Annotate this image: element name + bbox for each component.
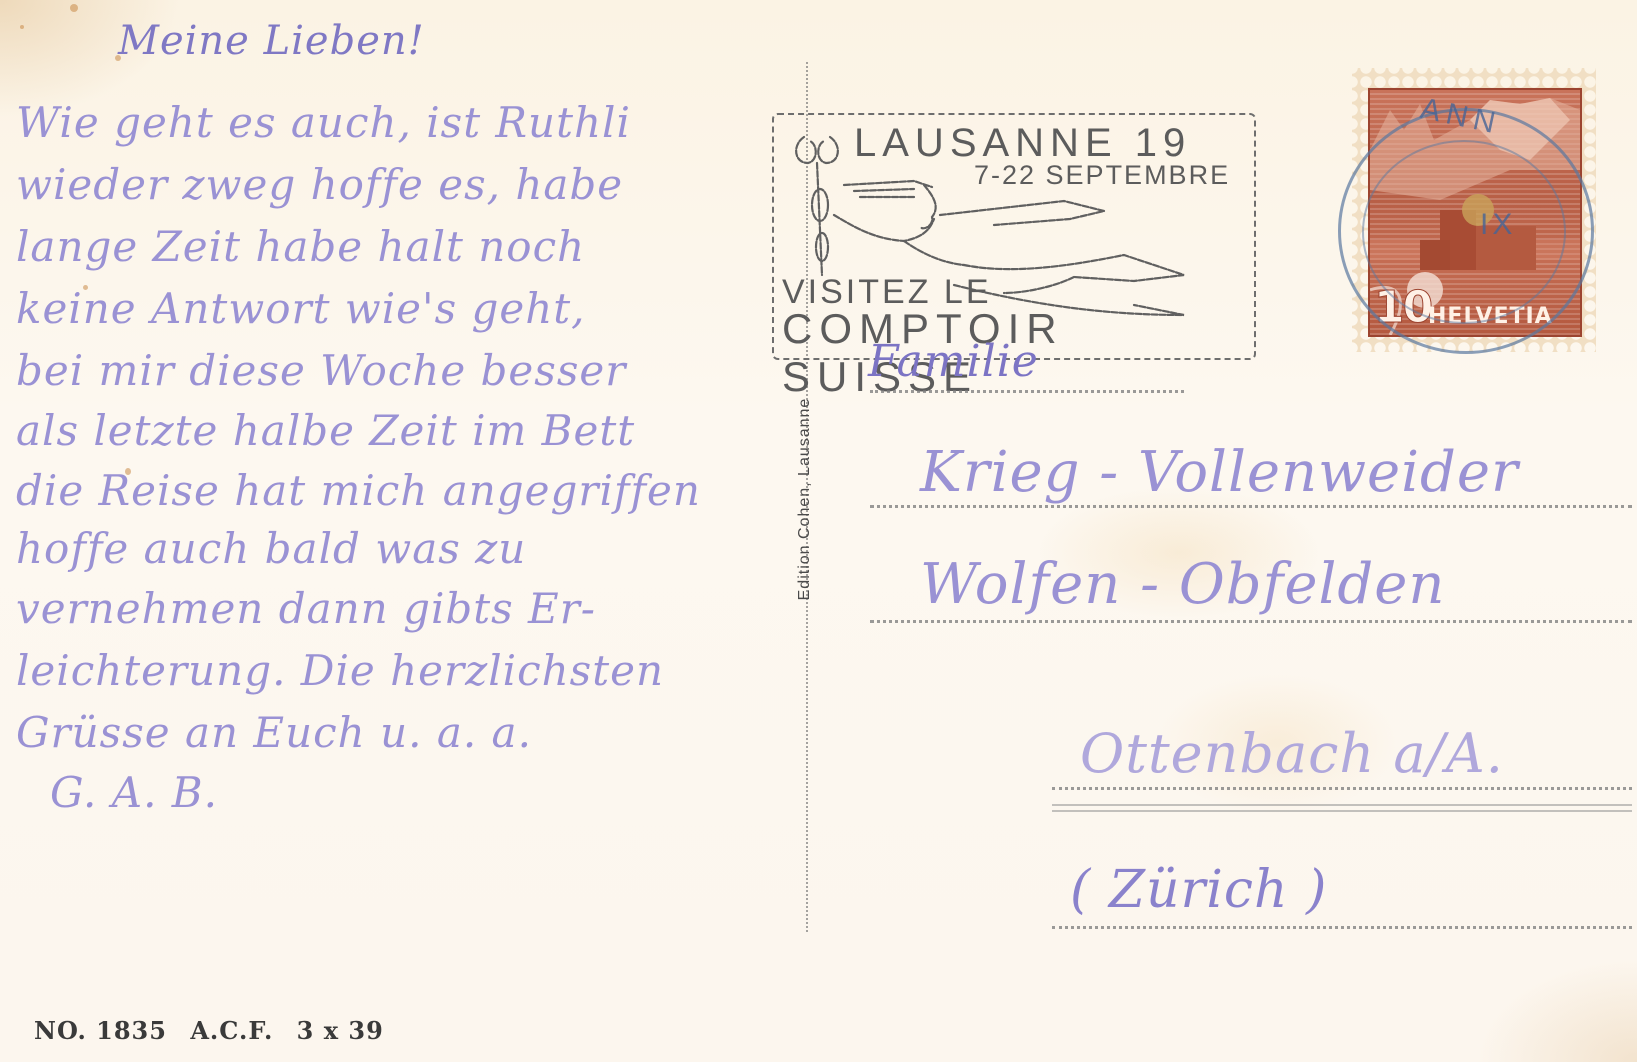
address-line-1 [870, 390, 1184, 393]
card-code: A.C.F. [190, 1016, 273, 1045]
message-greeting: Meine Lieben! [118, 18, 425, 64]
message-line: vernehmen dann gibts Er- [16, 584, 596, 633]
address-line-4 [1052, 787, 1632, 790]
address-street: Wolfen - Obfelden [920, 552, 1445, 617]
card-number: NO. 1835 [34, 1016, 167, 1045]
postmark-date: IX [1480, 208, 1516, 242]
message-line: lange Zeit habe halt noch [16, 222, 585, 271]
foxing-spot [20, 25, 24, 29]
message-line: leichterung. Die herzlichsten [16, 646, 664, 695]
message-line: keine Antwort wie's geht, [16, 284, 586, 333]
address-recipient: Krieg - Vollenweider [920, 440, 1519, 505]
message-line: Grüsse an Euch u. a. a. [16, 708, 532, 757]
message-line: G. A. B. [50, 768, 218, 817]
circular-postmark-inner [1362, 140, 1566, 324]
cancellation-dates: 7-22 SEPTEMBRE [974, 160, 1230, 191]
address-line-5 [1052, 926, 1632, 929]
address-canton: ( Zürich ) [1070, 860, 1327, 920]
message-line: bei mir diese Woche besser [16, 346, 626, 395]
address-town: Ottenbach a/A. [1080, 722, 1504, 785]
address-line-4-underline [1052, 804, 1632, 812]
slogan-cancellation: LAUSANNE 19 7-22 SEPTEMBRE VISITEZ LE CO… [772, 113, 1256, 360]
address-line-3 [870, 620, 1632, 623]
address-line-2 [870, 505, 1632, 508]
message-line: hoffe auch bald was zu [16, 524, 526, 573]
address-salutation: Familie [868, 336, 1039, 387]
message-line: wieder zweg hoffe es, habe [16, 160, 623, 209]
foxing-spot [70, 4, 78, 12]
message-line: Wie geht es auch, ist Ruthli [16, 98, 631, 147]
message-line: als letzte halbe Zeit im Bett [16, 406, 635, 455]
card-size: 3 x 39 [297, 1016, 384, 1045]
print-reference: NO. 1835 A.C.F. 3 x 39 [34, 1016, 398, 1045]
message-line: die Reise hat mich angegriffen [16, 466, 701, 515]
